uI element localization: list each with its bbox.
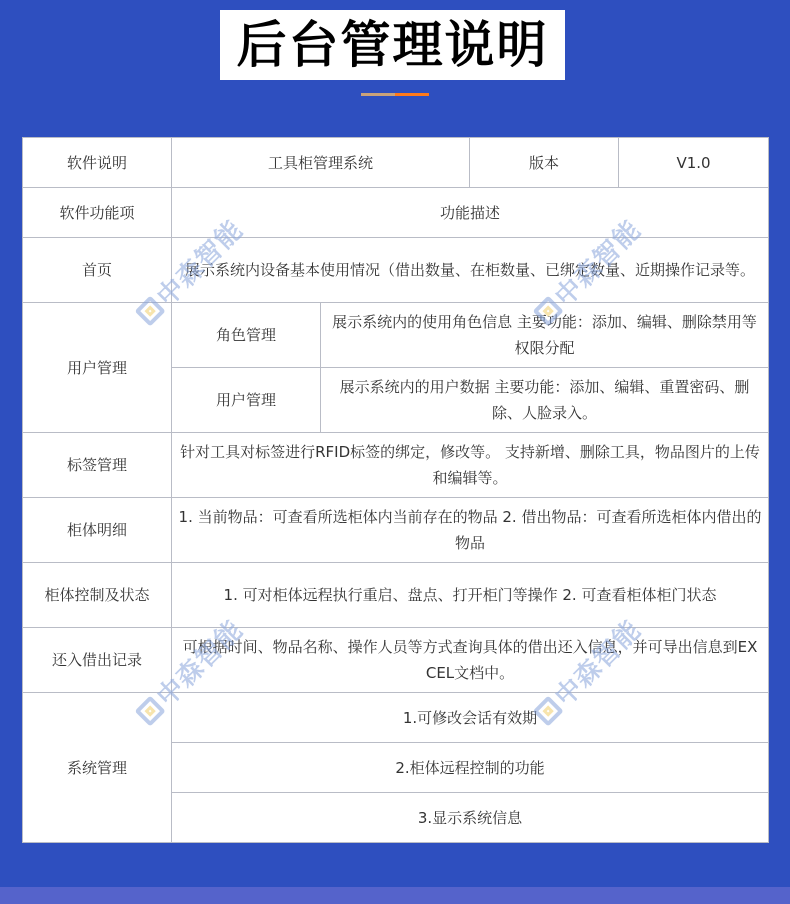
table-row: 柜体明细 1. 当前物品：可查看所选柜体内当前存在的物品 2. 借出物品：可查看… <box>23 498 769 563</box>
table-row: 系统管理 1.可修改会话有效期 <box>23 693 769 743</box>
accent-segment-orange <box>395 93 429 96</box>
table-row: 还入借出记录 可根据时间、物品名称、操作人员等方式查询具体的借出还入信息，并可导… <box>23 628 769 693</box>
description-column-header: 功能描述 <box>172 188 769 238</box>
page-title: 后台管理说明 <box>237 20 549 70</box>
sub-desc-user-management: 展示系统内的用户数据 主要功能：添加、编辑、重置密码、删除、人脸录入。 <box>321 368 769 433</box>
table-row: 首页 展示系统内设备基本使用情况（借出数量、在柜数量、已绑定数量、近期操作记录等… <box>23 238 769 303</box>
info-row: 软件说明 工具柜管理系统 版本 V1.0 <box>23 138 769 188</box>
footer-band <box>0 887 790 904</box>
feature-spec-table: 软件说明 工具柜管理系统 版本 V1.0 软件功能项 功能描述 首页 展示系统内… <box>22 137 769 843</box>
version-label: 版本 <box>470 138 619 188</box>
system-management-line-3: 3.显示系统信息 <box>172 793 769 843</box>
table-row: 标签管理 针对工具对标签进行RFID标签的绑定，修改等。 支持新增、删除工具，物… <box>23 433 769 498</box>
row-desc-cabinet-control: 1. 可对柜体远程执行重启、盘点、打开柜门等操作 2. 可查看柜体柜门状态 <box>172 563 769 628</box>
version-value: V1.0 <box>619 138 769 188</box>
system-management-line-1: 1.可修改会话有效期 <box>172 693 769 743</box>
sub-item-user-management: 用户管理 <box>172 368 321 433</box>
row-item-cabinet-detail: 柜体明细 <box>23 498 172 563</box>
table-header-row: 软件功能项 功能描述 <box>23 188 769 238</box>
software-name: 工具柜管理系统 <box>172 138 470 188</box>
row-item-user-management: 用户管理 <box>23 303 172 433</box>
row-desc-home: 展示系统内设备基本使用情况（借出数量、在柜数量、已绑定数量、近期操作记录等。 <box>172 238 769 303</box>
system-management-line-2: 2.柜体远程控制的功能 <box>172 743 769 793</box>
row-desc-cabinet-detail: 1. 当前物品：可查看所选柜体内当前存在的物品 2. 借出物品：可查看所选柜体内… <box>172 498 769 563</box>
row-desc-tag-management: 针对工具对标签进行RFID标签的绑定，修改等。 支持新增、删除工具，物品图片的上… <box>172 433 769 498</box>
row-item-home: 首页 <box>23 238 172 303</box>
row-item-system-management: 系统管理 <box>23 693 172 843</box>
sub-item-role-management: 角色管理 <box>172 303 321 368</box>
table-row: 柜体控制及状态 1. 可对柜体远程执行重启、盘点、打开柜门等操作 2. 可查看柜… <box>23 563 769 628</box>
title-accent-divider <box>361 93 429 96</box>
row-item-tag-management: 标签管理 <box>23 433 172 498</box>
row-item-cabinet-control: 柜体控制及状态 <box>23 563 172 628</box>
sub-desc-role-management: 展示系统内的使用角色信息 主要功能：添加、编辑、删除禁用等权限分配 <box>321 303 769 368</box>
software-label: 软件说明 <box>23 138 172 188</box>
item-column-header: 软件功能项 <box>23 188 172 238</box>
accent-segment-tan <box>361 93 395 96</box>
table-row: 用户管理 角色管理 展示系统内的使用角色信息 主要功能：添加、编辑、删除禁用等权… <box>23 303 769 368</box>
row-item-borrow-return-records: 还入借出记录 <box>23 628 172 693</box>
page-title-box: 后台管理说明 <box>220 10 565 80</box>
row-desc-borrow-return-records: 可根据时间、物品名称、操作人员等方式查询具体的借出还入信息，并可导出信息到EXC… <box>172 628 769 693</box>
